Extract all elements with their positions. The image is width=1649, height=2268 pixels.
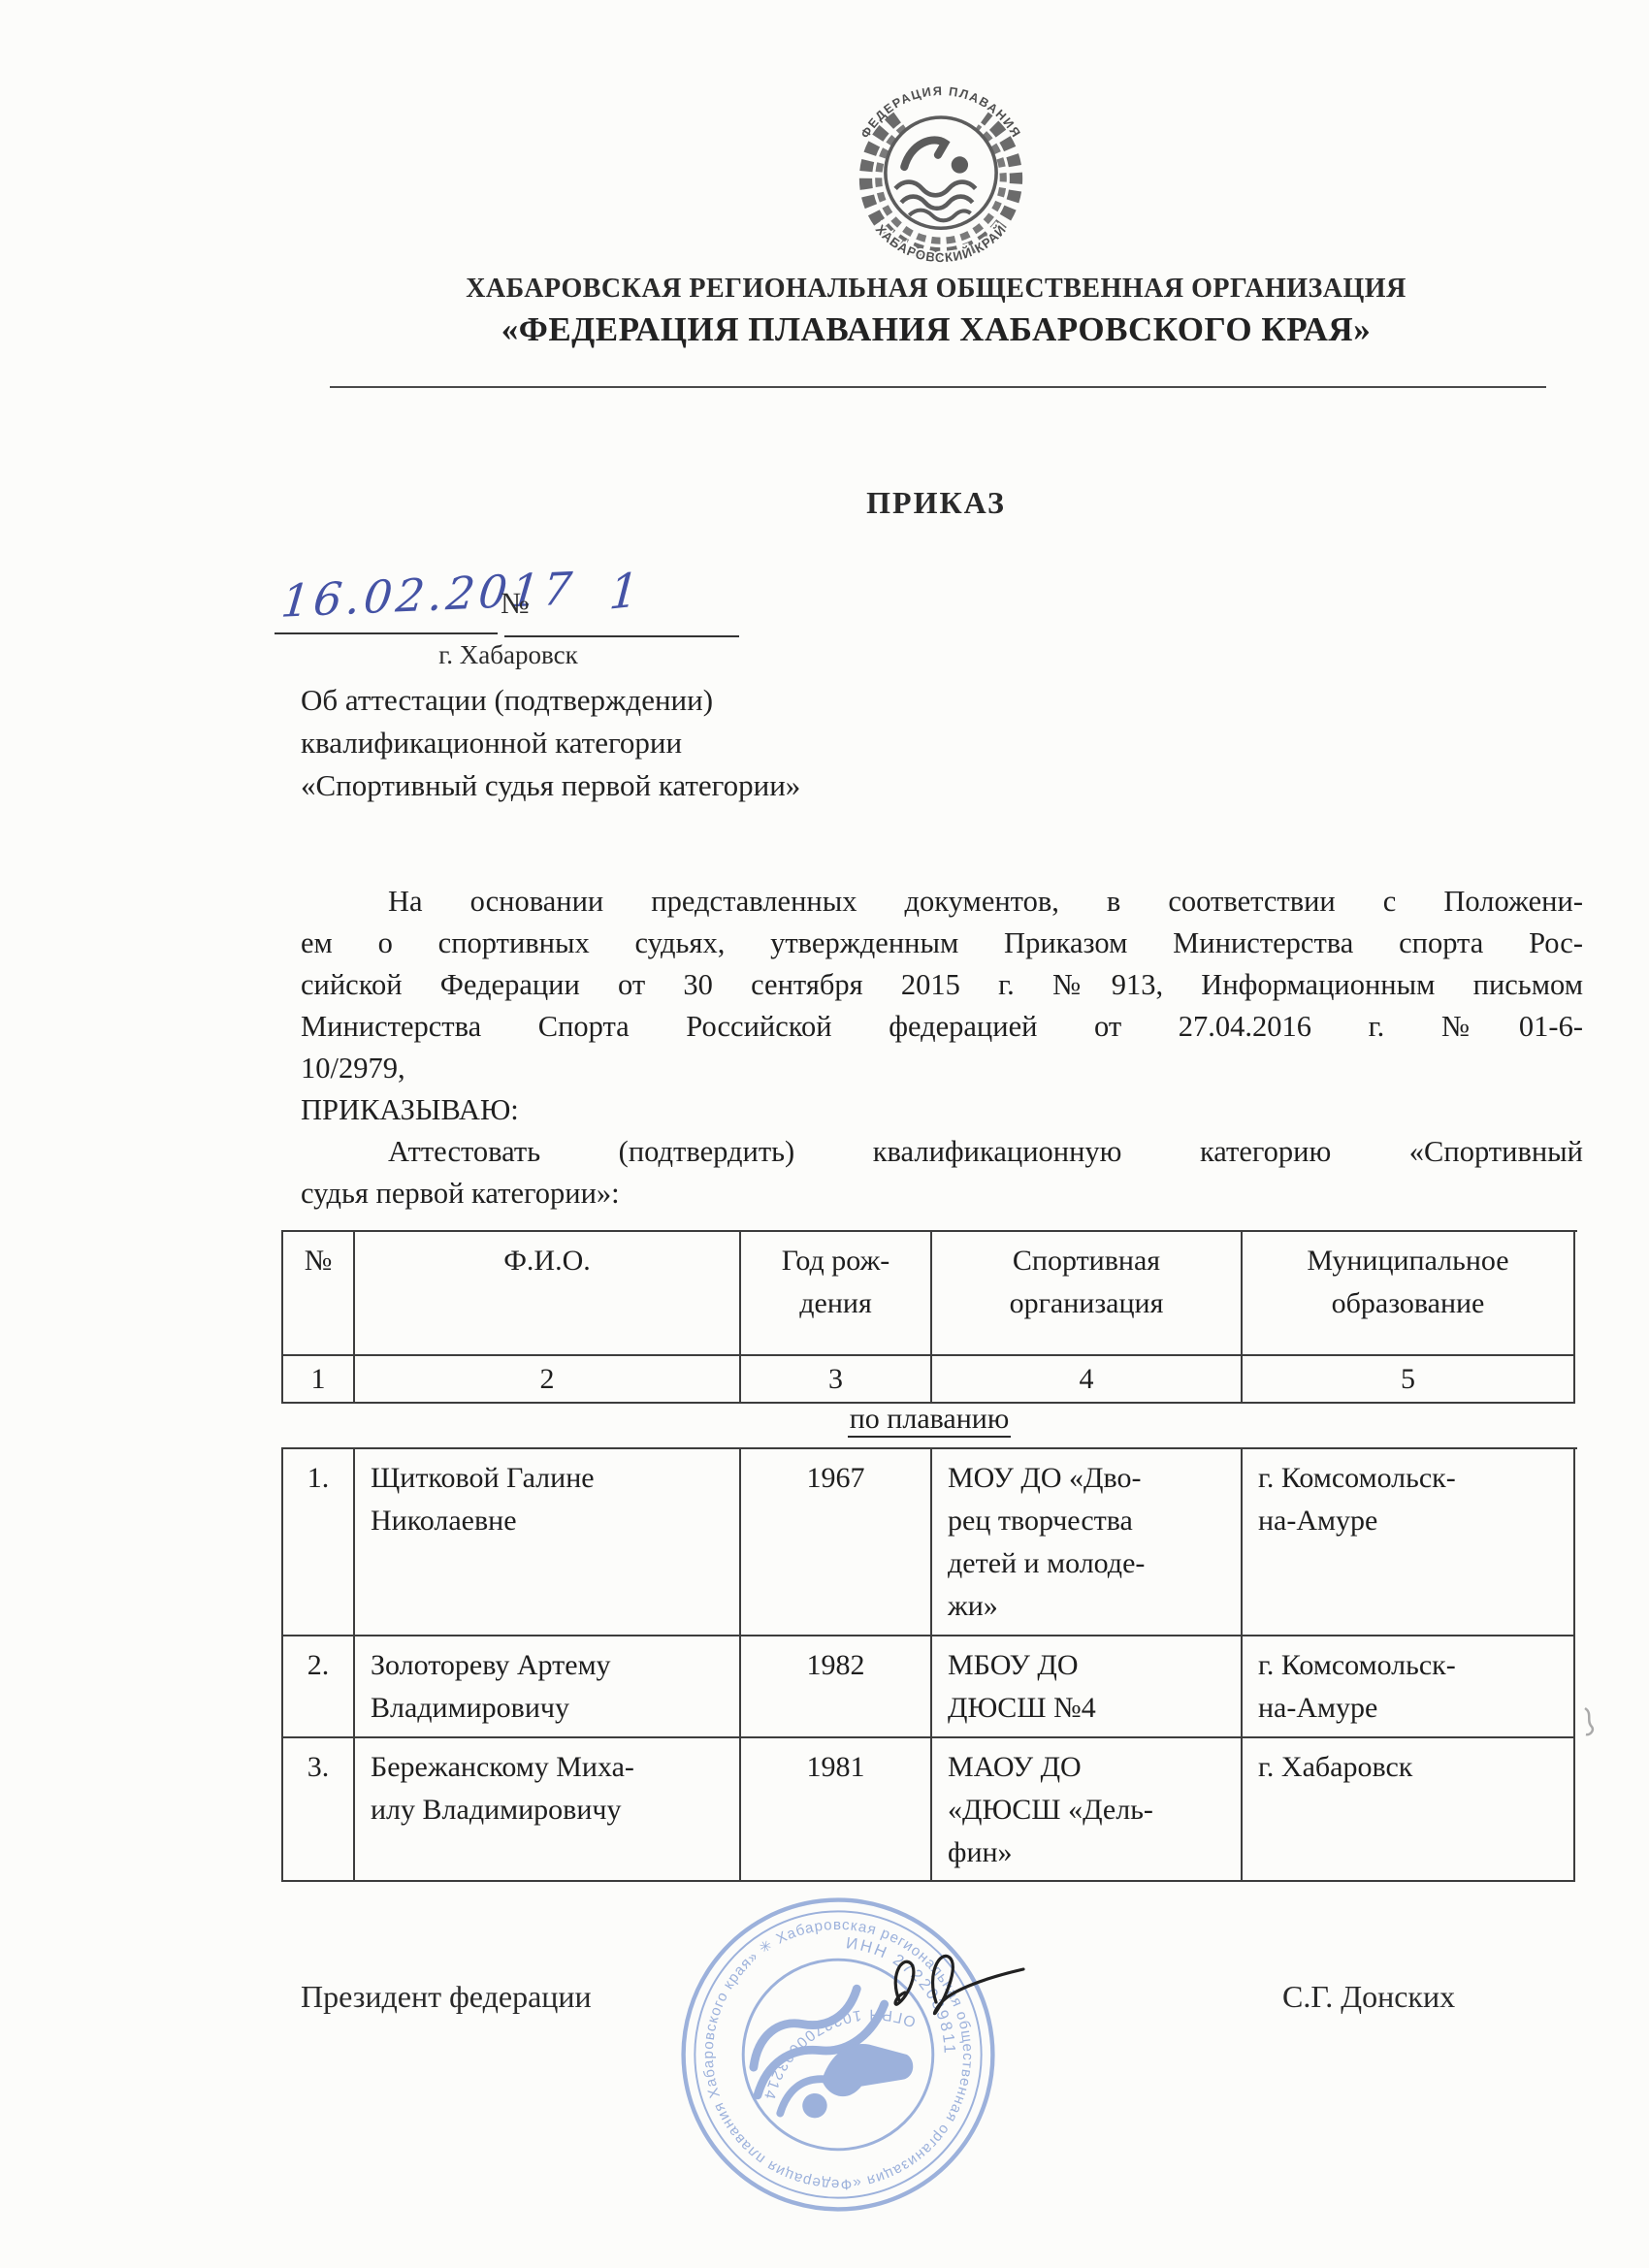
emblem-circle (886, 117, 996, 228)
row-fio-cell: Золотореву Артему Владимировичу (355, 1636, 741, 1738)
signature-position-label: Президент федерации (301, 1979, 592, 2015)
col-header-municipality: Муниципальное образование (1243, 1232, 1575, 1356)
order-date-handwritten: 16.02.2017 (279, 562, 578, 628)
row-year-cell: 1982 (741, 1636, 932, 1738)
body-line: Аттестовать (подтвердить) квалификационн… (301, 1131, 1583, 1173)
document-page: ФЕДЕРАЦИЯ ПЛАВАНИЯ ХАБАРОВСКИЙ КРАЙ ХАБА… (0, 0, 1649, 2268)
scan-artifact-stroke (1585, 1708, 1593, 1734)
official-stamp: Хабаровская региональная общественная ор… (667, 1884, 1009, 2225)
number-sign: № (501, 586, 530, 621)
swimmer-head-icon (952, 156, 968, 173)
body-line: ПРИКАЗЫВАЮ: (301, 1089, 1583, 1131)
body-line: 10/2979, (301, 1048, 1583, 1089)
handwritten-signature (866, 1940, 1031, 2032)
body-line: На основании представленных документов, … (301, 881, 1583, 923)
col-header-fio: Ф.И.О. (355, 1232, 741, 1356)
date-underline (275, 632, 498, 634)
row-municipality-cell: г. Хабаровск (1243, 1738, 1575, 1882)
col-number: 3 (741, 1356, 932, 1404)
body-line: судья первой категории»: (301, 1173, 1583, 1215)
subject-line-3: «Спортивный судья первой категории» (301, 764, 1038, 807)
row-num-cell: 3. (283, 1738, 355, 1882)
col-number: 1 (283, 1356, 355, 1404)
body-paragraph: На основании представленных документов, … (301, 881, 1583, 1215)
row-year-cell: 1981 (741, 1738, 932, 1882)
col-header-org: Спортивная организация (932, 1232, 1243, 1356)
doc-type-title: ПРИКАЗ (145, 485, 1649, 521)
scan-artifact (1581, 1705, 1599, 1738)
row-org-cell: МОУ ДО «Дво- рец творчества детей и моло… (932, 1449, 1243, 1636)
row-org-cell: МБОУ ДО ДЮСШ №4 (932, 1636, 1243, 1738)
org-name-line2: «ФЕДЕРАЦИЯ ПЛАВАНИЯ ХАБАРОВСКОГО КРАЯ» (145, 310, 1649, 349)
order-city: г. Хабаровск (367, 640, 650, 670)
body-line: сийской Федерации от 30 сентября 2015 г.… (301, 964, 1583, 1006)
body-line: Министерства Спорта Российской федерацие… (301, 1006, 1583, 1048)
col-number: 2 (355, 1356, 741, 1404)
order-number-handwritten: 1 (607, 563, 640, 621)
subject-line-2: квалификационной категории (301, 722, 1038, 764)
section-label-swimming: по плаванию (281, 1403, 1577, 1436)
row-num-cell: 1. (283, 1449, 355, 1636)
attestation-table: 1. Щитковой Галине Николаевне 1967 МОУ Д… (281, 1447, 1577, 1882)
stamp-swimmer-head-icon (798, 2089, 831, 2122)
subject-line-1: Об аттестации (подтверждении) (301, 679, 1038, 722)
section-label-text: по плаванию (848, 1403, 1012, 1438)
attestation-table-header: № Ф.И.О. Год рож- дения Спортивная орган… (281, 1230, 1577, 1404)
signature-stroke (895, 1956, 1023, 2013)
body-line: ем о спортивных судьях, утвержденным При… (301, 923, 1583, 964)
col-number: 4 (932, 1356, 1243, 1404)
row-fio-cell: Щитковой Галине Николаевне (355, 1449, 741, 1636)
row-municipality-cell: г. Комсомольск- на-Амуре (1243, 1449, 1575, 1636)
order-subject: Об аттестации (подтверждении) квалификац… (301, 679, 1038, 807)
org-name-line1: ХАБАРОВСКАЯ РЕГИОНАЛЬНАЯ ОБЩЕСТВЕННАЯ ОР… (145, 274, 1649, 305)
row-year-cell: 1967 (741, 1449, 932, 1636)
row-fio-cell: Бережанскому Миха- илу Владимировичу (355, 1738, 741, 1882)
number-underline (504, 635, 739, 637)
row-org-cell: МАОУ ДО «ДЮСШ «Дель- фин» (932, 1738, 1243, 1882)
col-header-num: № (283, 1232, 355, 1356)
row-num-cell: 2. (283, 1636, 355, 1738)
header-divider-rule (330, 386, 1546, 388)
col-header-year: Год рож- дения (741, 1232, 932, 1356)
row-municipality-cell: г. Комсомольск- на-Амуре (1243, 1636, 1575, 1738)
col-number: 5 (1243, 1356, 1575, 1404)
signatory-name: С.Г. Донских (1282, 1979, 1455, 2015)
federation-emblem-logo: ФЕДЕРАЦИЯ ПЛАВАНИЯ ХАБАРОВСКИЙ КРАЙ (842, 78, 1040, 306)
